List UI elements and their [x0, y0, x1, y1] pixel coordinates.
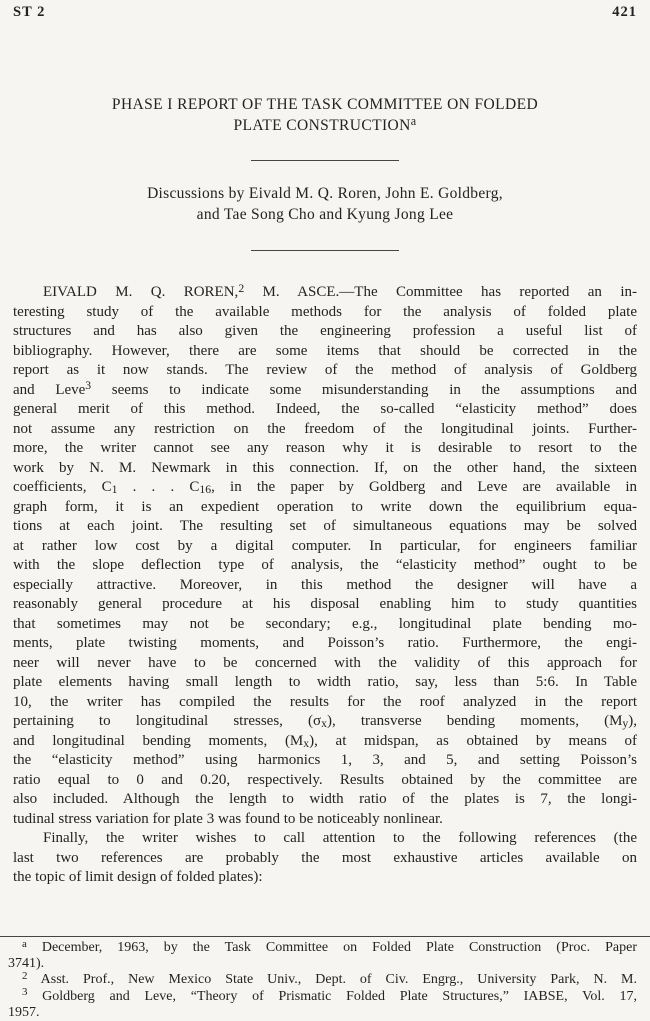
- body-line: teresting study of the available methods…: [13, 303, 637, 323]
- body-line: the “elasticity method” using harmonics …: [13, 751, 637, 771]
- body-line: neer will never have to be concerned wit…: [13, 654, 637, 674]
- body-line: EIVALD M. Q. ROREN,2 M. ASCE.—The Commit…: [13, 283, 637, 303]
- footnote-line: 3741).: [8, 956, 637, 972]
- journal-section-code: ST 2: [13, 4, 45, 21]
- body-line: and Leve3 seems to indicate some misunde…: [13, 381, 637, 401]
- body-line: work by N. M. Newmark in this connection…: [13, 459, 637, 479]
- paper-title-line1: PHASE I REPORT OF THE TASK COMMITTEE ON …: [0, 95, 650, 116]
- paper-title-line2: PLATE CONSTRUCTIONa: [0, 116, 650, 137]
- body-line: bibliography. However, there are some it…: [13, 342, 637, 362]
- body-line: tions at each joint. The resulting set o…: [13, 517, 637, 537]
- footnote-line: a December, 1963, by the Task Committee …: [8, 940, 637, 956]
- page-header: ST 2 421: [13, 4, 637, 21]
- body-line: last two references are probably the mos…: [13, 849, 637, 869]
- footnote-divider: [0, 936, 650, 937]
- body-line: structures and has also given the engine…: [13, 322, 637, 342]
- paper-title-line2-text: PLATE CONSTRUCTION: [233, 117, 410, 134]
- body-line: general merit of this method. Indeed, th…: [13, 400, 637, 420]
- body-line: report as it now stands. The review of t…: [13, 361, 637, 381]
- page-number: 421: [612, 4, 637, 21]
- body-line: and longitudinal bending moments, (Mx), …: [13, 732, 637, 752]
- body-line: reasonably general procedure at his disp…: [13, 595, 637, 615]
- body-line: graph form, it is an expedient operation…: [13, 498, 637, 518]
- footnote-line: 3 Goldberg and Leve, “Theory of Prismati…: [8, 989, 637, 1005]
- body-line: at rather low cost by a digital computer…: [13, 537, 637, 557]
- body-line: Finally, the writer wishes to call atten…: [13, 829, 637, 849]
- footnote-line: 1957.: [8, 1005, 637, 1021]
- title-footnote-marker: a: [411, 114, 417, 128]
- section-divider: [251, 160, 399, 161]
- body-line: more, the writer cannot see any reason w…: [13, 439, 637, 459]
- body-line: tudinal stress variation for plate 3 was…: [13, 810, 637, 830]
- byline-line2: and Tae Song Cho and Kyung Jong Lee: [0, 204, 650, 225]
- body-line: coefficients, C1 . . . C16, in the paper…: [13, 478, 637, 498]
- body-line: ments, plate twisting moments, and Poiss…: [13, 634, 637, 654]
- body-line: also included. Although the length to wi…: [13, 790, 637, 810]
- paper-title: PHASE I REPORT OF THE TASK COMMITTEE ON …: [0, 95, 650, 136]
- body-line: ratio equal to 0 and 0.20, respectively.…: [13, 771, 637, 791]
- body-line: 10, the writer has compiled the results …: [13, 693, 637, 713]
- section-divider: [251, 250, 399, 251]
- byline: Discussions by Eivald M. Q. Roren, John …: [0, 183, 650, 225]
- body-line: with the slope deflection type of analys…: [13, 556, 637, 576]
- journal-page: ST 2 421 PHASE I REPORT OF THE TASK COMM…: [0, 0, 650, 1021]
- body-line: especially attractive. Moreover, in this…: [13, 576, 637, 596]
- body-line: plate elements having small length to wi…: [13, 673, 637, 693]
- body-line: the topic of limit design of folded plat…: [13, 868, 637, 888]
- footnote-line: 2 Asst. Prof., New Mexico State Univ., D…: [8, 972, 637, 988]
- discussion-body: EIVALD M. Q. ROREN,2 M. ASCE.—The Commit…: [13, 283, 637, 888]
- byline-line1: Discussions by Eivald M. Q. Roren, John …: [0, 183, 650, 204]
- body-line: that sometimes may not be secondary; e.g…: [13, 615, 637, 635]
- footnotes: a December, 1963, by the Task Committee …: [8, 940, 637, 1021]
- body-line: pertaining to longitudinal stresses, (σx…: [13, 712, 637, 732]
- body-line: not assume any restriction on the freedo…: [13, 420, 637, 440]
